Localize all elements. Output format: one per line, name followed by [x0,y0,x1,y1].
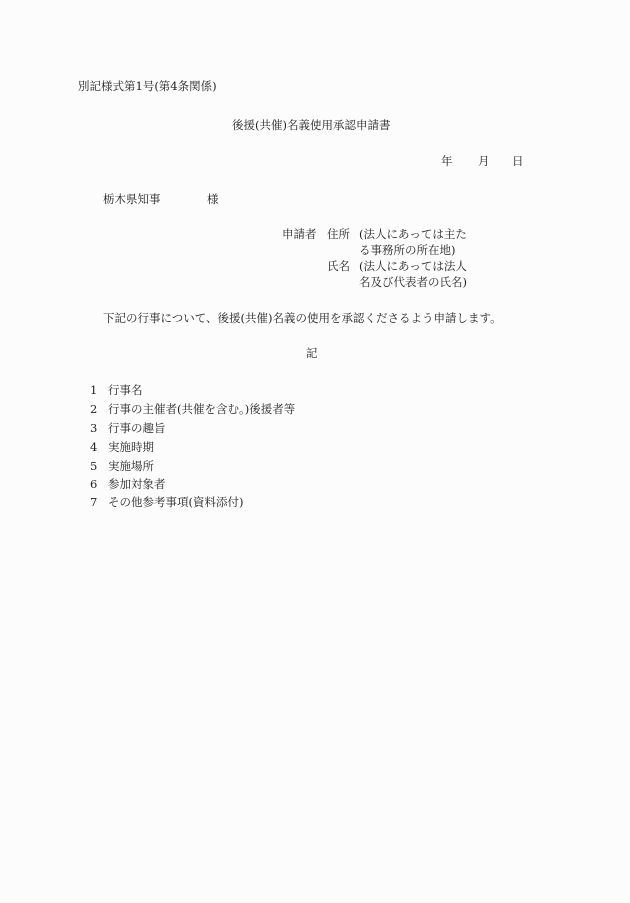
applicant-label: 申請者 [282,229,317,241]
name-label: 氏名 [327,261,350,273]
item-label: 行事名 [108,385,143,397]
item-label: 行事の趣旨 [108,423,166,435]
item-number: 4 [90,442,108,454]
item-number: 3 [90,423,108,435]
date-month-label: 月 [478,156,490,168]
item-number: 1 [90,385,108,397]
list-item: 5 実施場所 [90,461,154,473]
form-number: 別記様式第1号(第4条関係) [78,81,217,93]
item-number: 6 [90,479,108,491]
item-label: 実施場所 [108,461,154,473]
addressee-name: 栃木県知事 [103,194,161,206]
list-item: 3 行事の趣旨 [90,423,166,435]
date-year-label: 年 [441,156,453,168]
address-label: 住所 [327,229,350,241]
request-text: 下記の行事について、後援(共催)名義の使用を承認くださるよう申請します。 [103,313,502,325]
item-label: その他参考事項(資料添付) [108,497,243,509]
addressee-honorific: 様 [207,194,219,206]
item-label: 実施時期 [108,442,154,454]
list-item: 6 参加対象者 [90,479,166,491]
name-note-line-2: 名及び代表者の氏名) [359,277,467,289]
item-label: 行事の主催者(共催を含む。)後援者等 [108,404,295,416]
list-item: 1 行事名 [90,385,143,397]
item-number: 2 [90,404,108,416]
address-note-line-1: (法人にあっては主た [359,229,467,241]
ki-heading: 記 [306,348,318,360]
list-item: 4 実施時期 [90,442,154,454]
list-item: 7 その他参考事項(資料添付) [90,497,243,509]
document-title: 後援(共催)名義使用承認申請書 [232,120,390,132]
list-item: 2 行事の主催者(共催を含む。)後援者等 [90,404,295,416]
name-note-line-1: (法人にあっては法人 [359,261,467,273]
item-label: 参加対象者 [108,479,166,491]
date-day-label: 日 [512,156,524,168]
address-note-line-2: る事務所の所在地) [359,245,456,257]
item-number: 5 [90,461,108,473]
item-number: 7 [90,497,108,509]
